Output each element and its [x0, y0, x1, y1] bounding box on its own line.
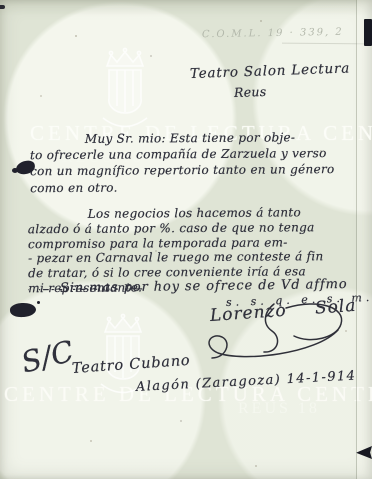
ink-blot-2 — [10, 302, 37, 318]
ink-blot-2-speck — [37, 301, 40, 304]
addressee-city: Reus — [234, 84, 267, 100]
paper-specks — [75, 35, 77, 37]
ink-blot-1-drip — [12, 168, 18, 173]
archive-note: C.O.M.L. 19 · 339, 2 — [202, 27, 344, 40]
paragraph-1: Muy Sr. mio: Esta tiene por obje- to ofr… — [30, 129, 372, 196]
coat-of-arms-watermark-icon — [92, 46, 158, 138]
handwritten-line: - pezar en Carnaval le ruego me conteste… — [28, 249, 372, 266]
right-edge-mark — [364, 19, 372, 46]
page-edge-line — [356, 0, 357, 479]
handwritten-line: como en otro. — [30, 177, 372, 196]
top-left-edge-mark — [0, 5, 5, 9]
handwritten-line: con un magnífico repertorio tanto en un … — [30, 161, 372, 180]
sender-ref-monogram: S/C — [18, 334, 77, 380]
watermark-reus-bottom: REUS 18 — [238, 400, 320, 418]
addressee-name: Teatro Salon Lectura — [190, 60, 351, 82]
letter-page: CENTRE DE LECTURA CENTRE DE REUS 18 CENT… — [0, 0, 372, 479]
